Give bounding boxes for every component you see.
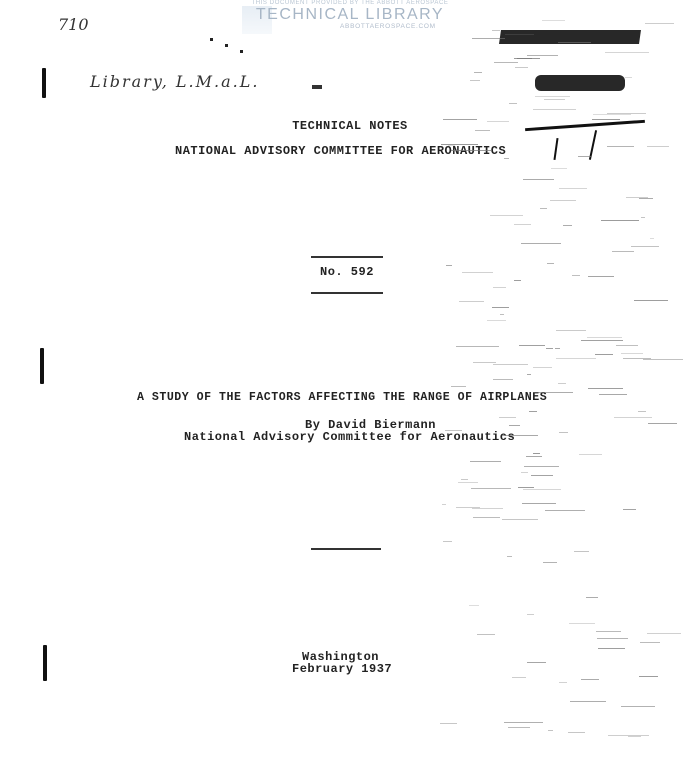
scan-noise <box>544 99 565 100</box>
scan-noise <box>522 503 556 504</box>
scan-noise <box>487 320 507 321</box>
scan-noise <box>599 394 626 395</box>
scan-noise <box>509 103 517 104</box>
scan-noise <box>555 348 560 349</box>
scan-noise <box>500 314 504 315</box>
scan-noise <box>616 345 638 346</box>
scan-noise <box>509 425 519 426</box>
scan-noise <box>607 146 634 147</box>
scan-noise <box>639 198 653 199</box>
scan-noise <box>641 217 645 218</box>
scan-noise <box>459 301 484 302</box>
author-affiliation: National Advisory Committee for Aeronaut… <box>184 430 515 444</box>
scan-noise <box>563 225 572 226</box>
document-title: A STUDY OF THE FACTORS AFFECTING THE RAN… <box>137 391 547 404</box>
scan-noise <box>572 275 580 276</box>
speck <box>210 38 213 41</box>
scan-noise <box>472 508 503 509</box>
scan-noise <box>471 488 511 489</box>
scan-noise <box>558 42 590 43</box>
scan-noise <box>470 80 480 81</box>
scan-noise <box>581 679 599 680</box>
scan-noise <box>443 119 477 120</box>
scan-noise <box>440 723 457 724</box>
scan-noise <box>487 121 509 122</box>
scan-noise <box>519 345 545 346</box>
scan-noise <box>597 638 628 639</box>
series-heading: TECHNICAL NOTES <box>0 119 700 133</box>
scan-noise <box>640 642 660 643</box>
scan-noise <box>475 130 490 131</box>
scan-noise <box>493 287 507 288</box>
scan-noise <box>494 62 518 63</box>
scan-noise <box>595 354 613 355</box>
scan-noise <box>628 736 641 737</box>
scan-noise <box>492 30 501 31</box>
scan-noise <box>521 472 528 473</box>
scribble-line <box>553 138 558 160</box>
scan-noise <box>477 634 495 635</box>
scan-noise <box>512 677 526 678</box>
scan-noise <box>542 20 564 21</box>
scan-noise <box>451 386 466 387</box>
scan-noise <box>507 556 512 557</box>
divider-rule <box>311 256 383 258</box>
divider-rule <box>311 548 381 550</box>
report-number: No. 592 <box>320 265 374 279</box>
divider-rule <box>311 292 383 294</box>
scan-noise <box>508 727 530 728</box>
scan-noise <box>650 238 655 239</box>
scan-noise <box>473 517 499 518</box>
scan-noise <box>526 456 541 457</box>
scan-noise <box>647 146 669 147</box>
binding-mark <box>43 645 47 681</box>
scan-noise <box>523 179 554 180</box>
scan-noise <box>442 504 447 505</box>
scan-noise <box>451 150 493 151</box>
scan-noise <box>504 158 509 159</box>
scan-noise <box>515 67 528 68</box>
scan-noise <box>493 379 513 380</box>
scan-noise <box>623 509 636 510</box>
scan-noise <box>461 479 469 480</box>
scan-noise <box>645 23 674 24</box>
scan-noise <box>593 114 631 115</box>
scan-noise <box>543 562 556 563</box>
scan-noise <box>499 417 517 418</box>
scan-noise <box>578 156 591 157</box>
scan-noise <box>514 224 531 225</box>
scan-noise <box>514 280 521 281</box>
scan-noise <box>596 631 621 632</box>
scan-noise <box>570 701 606 702</box>
scan-noise <box>514 58 532 59</box>
scan-noise <box>504 722 543 723</box>
handwritten-annotation: Library, L.M.a.L. <box>90 72 259 91</box>
scan-noise <box>523 489 561 490</box>
scan-noise <box>533 367 552 368</box>
scan-noise <box>527 55 558 56</box>
scan-noise <box>472 38 504 39</box>
scan-noise <box>458 482 478 483</box>
redaction-blot <box>535 75 625 91</box>
scan-noise <box>592 119 620 120</box>
scan-noise <box>550 200 577 201</box>
scan-noise <box>470 461 501 462</box>
scan-noise <box>574 551 589 552</box>
scan-noise <box>631 246 659 247</box>
scan-noise <box>533 109 575 110</box>
scan-noise <box>505 34 534 35</box>
scan-noise <box>521 243 561 244</box>
scan-noise <box>443 541 452 542</box>
watermark-title: TECHNICAL LIBRARY <box>240 6 460 24</box>
scan-noise <box>621 706 655 707</box>
binding-mark <box>40 348 44 384</box>
scan-noise <box>588 388 623 389</box>
scan-noise <box>586 597 598 598</box>
scan-noise <box>614 417 652 418</box>
scan-noise <box>579 454 603 455</box>
scan-noise <box>456 346 499 347</box>
handwritten-number: 710 <box>58 15 89 34</box>
scan-noise <box>559 682 566 683</box>
scan-noise <box>469 605 480 606</box>
scan-noise <box>518 487 534 488</box>
scan-noise <box>639 676 658 677</box>
scan-noise <box>581 340 623 341</box>
scan-noise <box>559 432 568 433</box>
imprint-date: February 1937 <box>292 662 392 676</box>
scan-noise <box>446 265 452 266</box>
scan-noise <box>569 623 595 624</box>
scan-noise <box>558 383 567 384</box>
scan-noise <box>601 220 639 221</box>
scan-noise <box>598 648 625 649</box>
speck <box>240 50 243 53</box>
scan-noise <box>559 188 587 189</box>
scan-noise <box>605 52 649 53</box>
scan-noise <box>448 145 455 146</box>
scan-noise <box>527 614 534 615</box>
scan-noise <box>648 423 677 424</box>
scan-noise <box>502 435 538 436</box>
scan-noise <box>634 300 668 301</box>
scan-noise <box>490 215 524 216</box>
scan-noise <box>502 519 538 520</box>
scan-noise <box>643 359 682 360</box>
scan-noise <box>546 348 553 349</box>
scan-noise <box>462 272 493 273</box>
scan-noise <box>551 168 568 169</box>
scan-noise <box>638 411 646 412</box>
scan-noise <box>647 633 681 634</box>
scan-noise <box>524 466 558 467</box>
binding-mark <box>42 68 46 98</box>
scan-noise <box>540 208 548 209</box>
scan-noise <box>588 276 614 277</box>
speck <box>225 44 228 47</box>
watermark-url: ABBOTTAEROSPACE.COM <box>340 23 436 30</box>
scan-noise <box>556 358 596 359</box>
abbott-watermark: THIS DOCUMENT PROVIDED BY THE ABBOTT AER… <box>240 0 460 38</box>
scan-noise <box>548 730 553 731</box>
scan-noise <box>441 144 479 145</box>
scan-noise <box>545 510 585 511</box>
scan-noise <box>612 251 634 252</box>
scan-noise <box>625 77 632 78</box>
scan-noise <box>533 453 541 454</box>
scan-noise <box>621 353 643 354</box>
scan-noise <box>529 411 538 412</box>
scan-noise <box>527 374 531 375</box>
scan-noise <box>492 307 508 308</box>
scan-noise <box>527 662 546 663</box>
scan-noise <box>445 430 462 431</box>
scan-noise <box>568 732 585 733</box>
speck <box>312 85 322 89</box>
scan-noise <box>474 72 482 73</box>
scan-noise <box>556 330 587 331</box>
scan-noise <box>547 263 554 264</box>
scan-noise <box>535 96 569 97</box>
scan-noise <box>587 337 622 338</box>
scan-noise <box>533 392 572 393</box>
scan-noise <box>531 475 553 476</box>
scan-noise <box>493 364 528 365</box>
